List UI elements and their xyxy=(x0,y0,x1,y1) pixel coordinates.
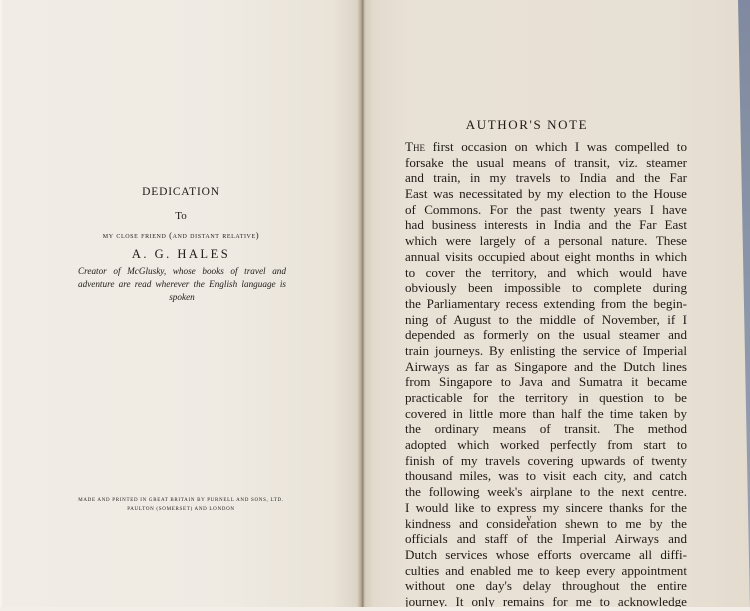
page-bottom-edge xyxy=(0,607,750,611)
authors-note-body: The first occasion on which I was compel… xyxy=(405,139,687,610)
body-line: The first occasion on which I was compel… xyxy=(405,139,687,155)
dedication-description-line: adventure are read wherever the English … xyxy=(78,278,286,291)
body-line: practicable for the territory in questio… xyxy=(405,390,687,406)
body-line: Dutch services whose efforts overcame al… xyxy=(405,547,687,563)
body-line: and train, in my travels to India and th… xyxy=(405,170,687,186)
body-line: of Commons. For the past twenty years I … xyxy=(405,202,687,218)
body-line: forsake the usual means of transit, viz.… xyxy=(405,155,687,171)
body-line: East was necessitated by my election to … xyxy=(405,186,687,202)
body-line: to cover the territory, and which would … xyxy=(405,265,687,281)
body-line: Airways as far as Singapore and the Dutc… xyxy=(405,359,687,375)
body-line-text: first occasion on which I was compelled … xyxy=(425,139,687,154)
body-line: without one day's delay throughout the e… xyxy=(405,578,687,594)
body-line: annual visits occupied about eight month… xyxy=(405,249,687,265)
left-page: DEDICATION To MY CLOSE FRIEND (AND DISTA… xyxy=(0,0,362,611)
dedication-description-line: spoken xyxy=(78,291,286,304)
opening-word: The xyxy=(405,139,425,154)
body-line: covered in little more than half the tim… xyxy=(405,406,687,422)
body-line: the ordinary means of transit. The metho… xyxy=(405,421,687,437)
body-line: the following week's airplane to the nex… xyxy=(405,484,687,500)
body-line: the Parliamentary recess extending from … xyxy=(405,296,687,312)
body-line: train journeys. By enlisting the service… xyxy=(405,343,687,359)
dedication-title: DEDICATION xyxy=(0,186,362,198)
body-line: officials and staff of the Imperial Airw… xyxy=(405,531,687,547)
body-line: obviously been impossible to complete du… xyxy=(405,280,687,296)
dedicatee-name: A. G. HALES xyxy=(0,247,362,262)
body-line: which were largely of a personal nature.… xyxy=(405,233,687,249)
dedication-description-line: Creator of McGlusky, whose books of trav… xyxy=(78,265,286,278)
body-line: finish of my travels covering upwards of… xyxy=(405,453,687,469)
dedication-description: Creator of McGlusky, whose books of trav… xyxy=(78,265,286,304)
dedication-friend-line: MY CLOSE FRIEND (AND DISTANT RELATIVE) xyxy=(0,230,362,240)
imprint-line: MADE AND PRINTED IN GREAT BRITAIN BY PUR… xyxy=(0,496,362,505)
body-line: thousand miles, was to visit each city, … xyxy=(405,468,687,484)
imprint-line: PAULTON (SOMERSET) AND LONDON xyxy=(0,505,362,514)
body-line: had business interests in India and the … xyxy=(405,217,687,233)
dedication-to: To xyxy=(0,210,362,222)
page-number: v xyxy=(362,513,696,524)
body-line: adopted which worked perfectly from star… xyxy=(405,437,687,453)
body-line: ning of August to the middle of November… xyxy=(405,312,687,328)
authors-note-title: AUTHOR'S NOTE xyxy=(362,117,692,133)
body-line: culties and enabled me to keep every app… xyxy=(405,563,687,579)
printer-imprint: MADE AND PRINTED IN GREAT BRITAIN BY PUR… xyxy=(0,496,362,514)
body-line: depended as formerly on the usual steame… xyxy=(405,327,687,343)
body-line: from Singapore to Java and Sumatra it be… xyxy=(405,374,687,390)
